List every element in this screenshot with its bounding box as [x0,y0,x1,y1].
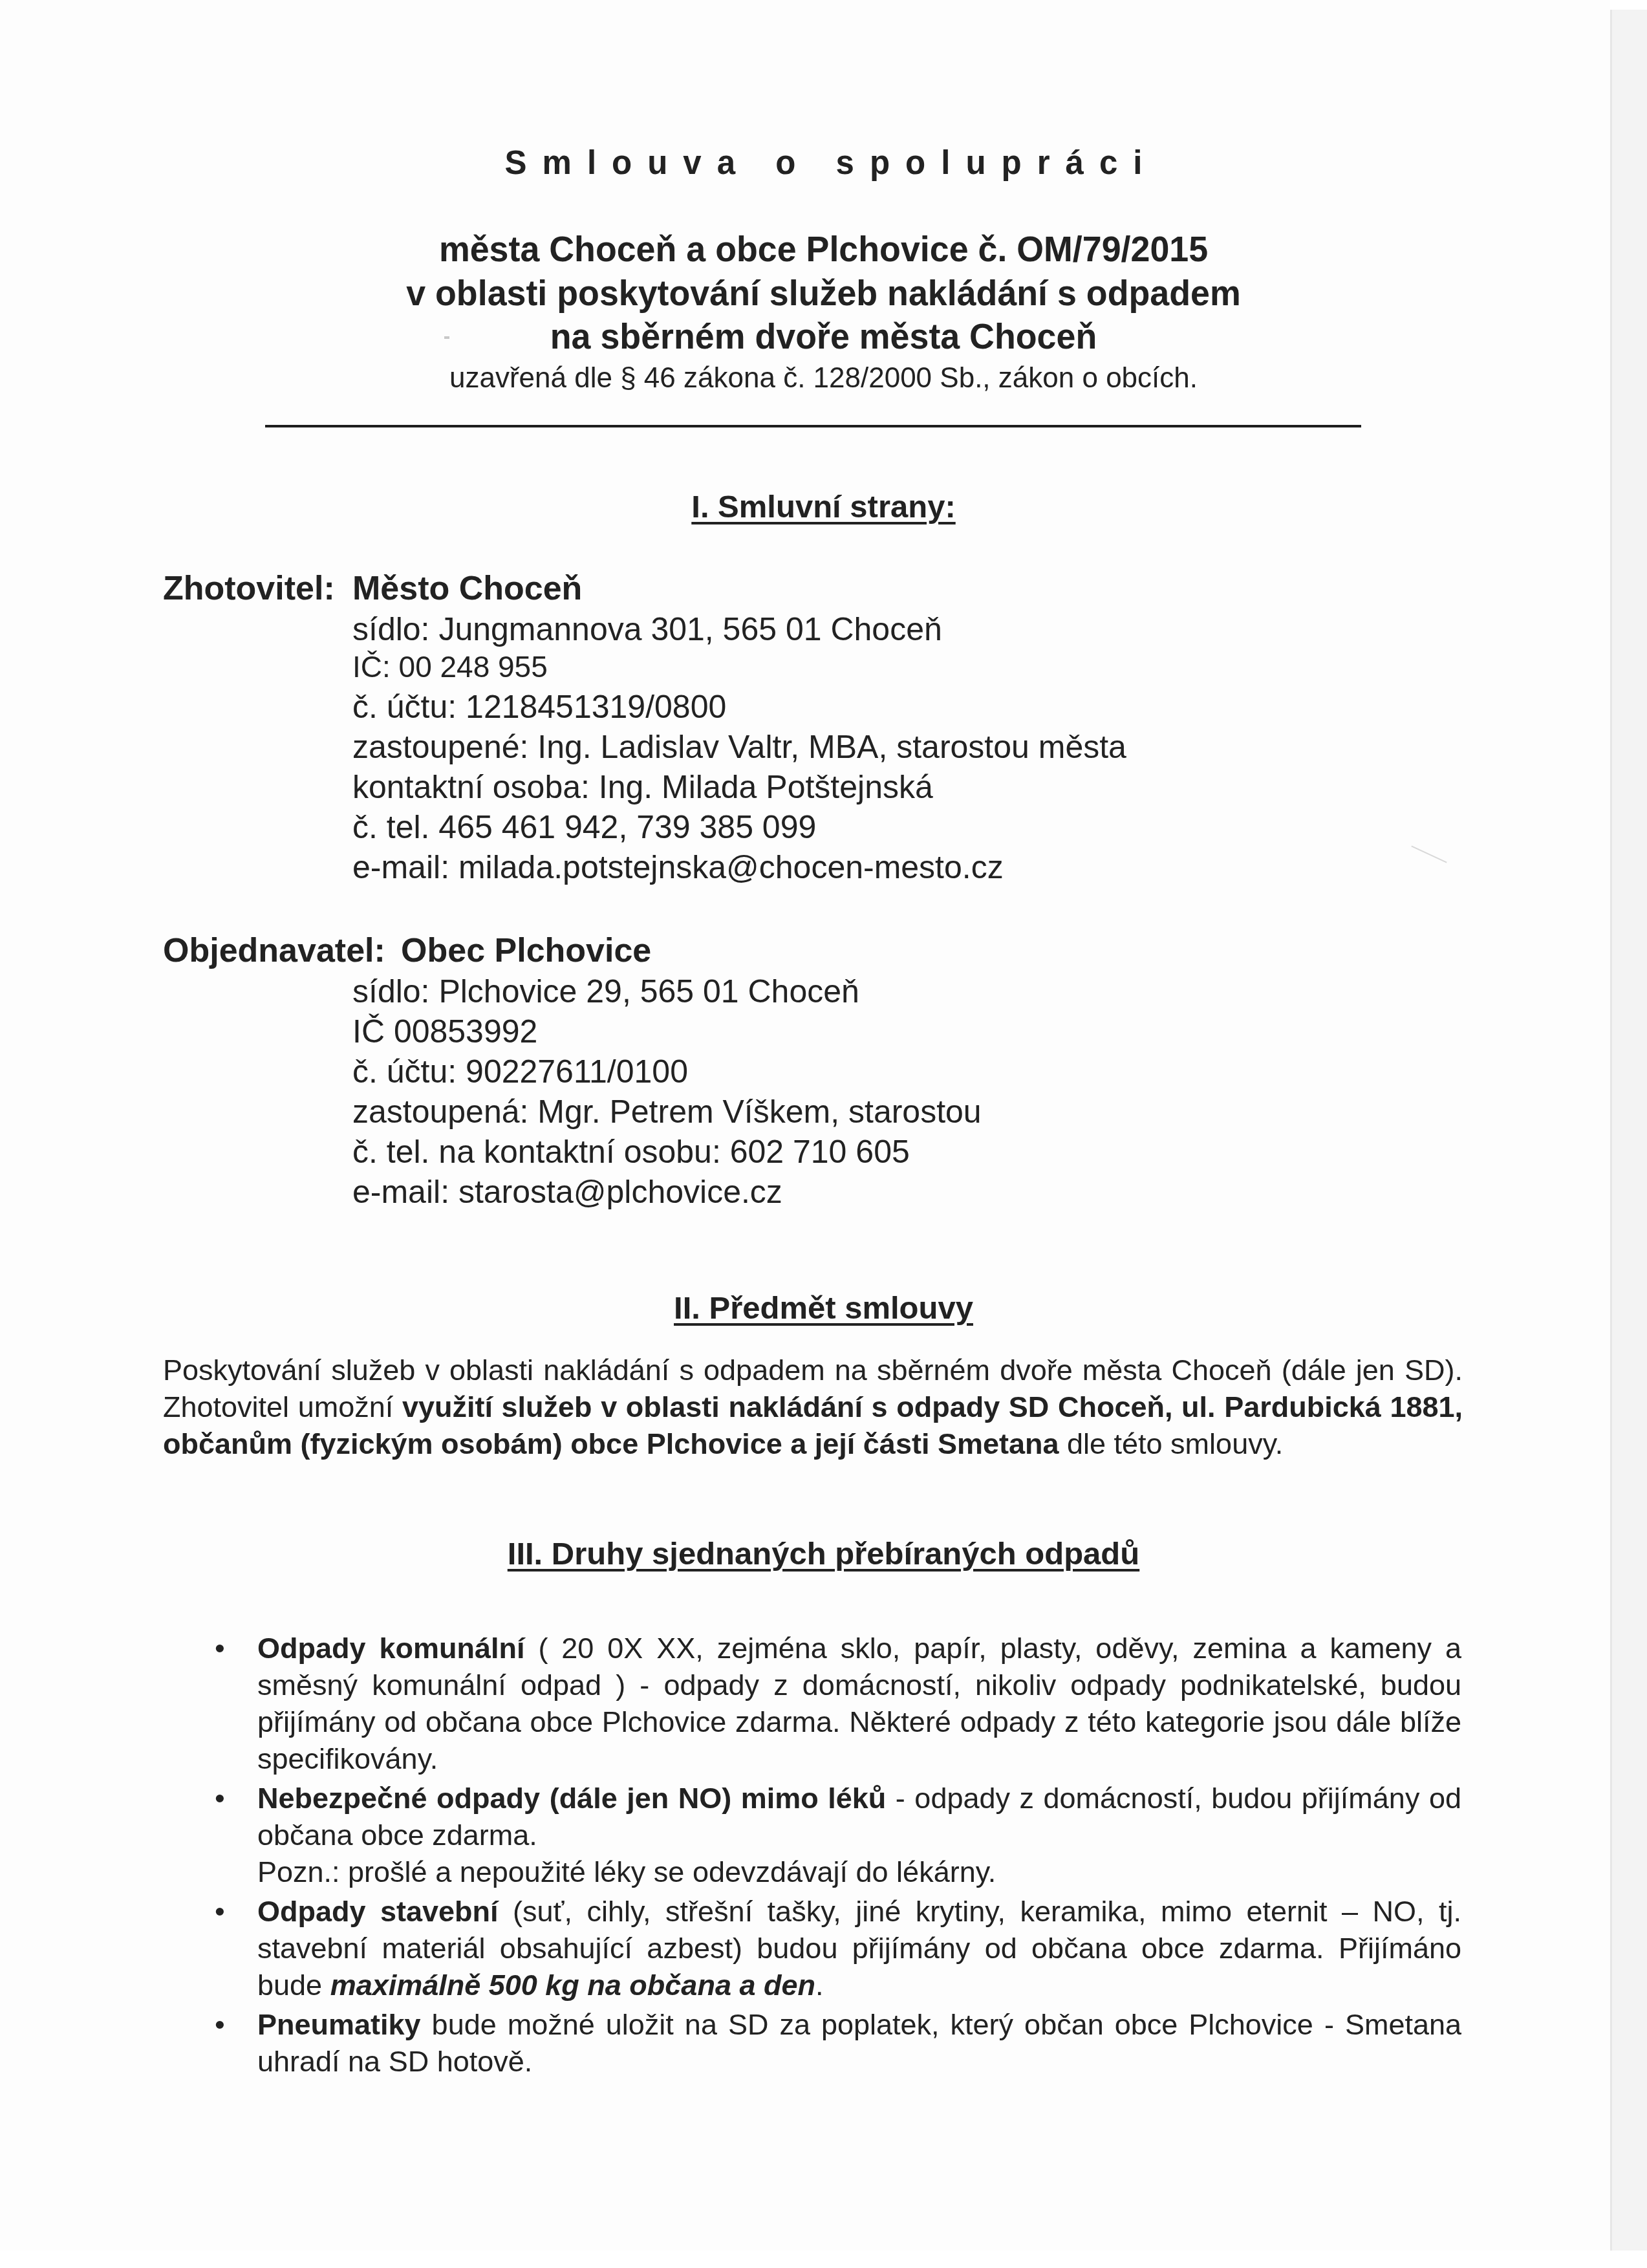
client-name: Obec Plchovice [401,931,651,970]
subject-paragraph: Poskytování služeb v oblasti nakládání s… [163,1352,1463,1462]
section-2-heading-text: II. Předmět smlouvy [674,1291,973,1326]
contractor-email[interactable]: e-mail: milada.potstejnska@chocen-mesto.… [352,848,1004,886]
bullet-icon: • [215,1893,225,1930]
contractor-address: sídlo: Jungmannova 301, 565 01 Choceň [352,610,942,648]
item-text: bude možné uložit na SD za poplatek, kte… [257,2008,1461,2078]
section-1-heading-text: I. Smluvní strany: [691,490,955,524]
contractor-phone: č. tel. 465 461 942, 739 385 099 [352,808,816,846]
section-3-heading-text: III. Druhy sjednaných přebíraných odpadů [508,1537,1139,1571]
client-representative: zastoupená: Mgr. Petrem Víškem, starosto… [352,1093,982,1130]
subtitle-line-3: na sběrném dvoře města Choceň [33,315,1614,357]
contractor-label: Zhotovitel: [163,569,335,608]
contractor-contact-person: kontaktní osoba: Ing. Milada Potštejnská [352,768,933,806]
contractor-account: č. účtu: 1218451319/0800 [352,688,726,726]
list-item-hazardous-waste: •Nebezpečné odpady (dále jen NO) mimo lé… [257,1780,1461,1890]
subject-end: dle této smlouvy. [1059,1427,1284,1460]
item-text-end: . [815,1969,824,2002]
client-phone: č. tel. na kontaktní osobu: 602 710 605 [352,1133,910,1171]
item-emphasis: maximálně 500 kg na občana a den [330,1969,815,2002]
client-email[interactable]: e-mail: starosta@plchovice.cz [352,1173,782,1211]
item-title: Pneumatiky [257,2008,421,2041]
contractor-name: Město Choceň [352,569,582,608]
item-title: Odpady stavební [257,1895,499,1928]
list-item-tyres: •Pneumatiky bude možné uložit na SD za p… [257,2006,1461,2080]
section-1-heading: I. Smluvní strany: [0,489,1647,525]
contractor-id: IČ: 00 248 955 [352,649,548,684]
waste-types-list: •Odpady komunální ( 20 0X XX, zejména sk… [0,1630,1647,2082]
horizontal-divider [265,425,1361,427]
legal-basis: uzavřená dle § 46 zákona č. 128/2000 Sb.… [0,362,1647,394]
document-title: Smlouva o spolupráci [8,144,1647,182]
list-item-municipal-waste: •Odpady komunální ( 20 0X XX, zejména sk… [257,1630,1461,1777]
subtitle-line-2: v oblasti poskytování služeb nakládání s… [33,272,1614,314]
bullet-icon: • [215,2006,225,2043]
client-account: č. účtu: 90227611/0100 [352,1053,688,1090]
scan-speck [444,336,449,339]
list-item-construction-waste: •Odpady stavební (suť, cihly, střešní ta… [257,1893,1461,2003]
client-id: IČ 00853992 [352,1013,537,1050]
section-3-heading: III. Druhy sjednaných přebíraných odpadů [0,1536,1647,1572]
client-label: Objednavatel: [163,931,385,970]
item-title: Nebezpečné odpady (dále jen NO) mimo lék… [257,1782,886,1815]
subtitle-line-1: města Choceň a obce Plchovice č. OM/79/2… [33,228,1614,270]
bullet-icon: • [215,1780,225,1817]
section-2-heading: II. Předmět smlouvy [0,1290,1647,1326]
scanner-bottom-margin [0,2252,1647,2268]
item-title: Odpady komunální [257,1632,524,1665]
bullet-icon: • [215,1630,225,1667]
contractor-representative: zastoupené: Ing. Ladislav Valtr, MBA, st… [352,728,1126,766]
client-address: sídlo: Plchovice 29, 565 01 Choceň [352,973,859,1010]
item-note: Pozn.: prošlé a nepoužité léky se odevzd… [257,1853,1461,1890]
